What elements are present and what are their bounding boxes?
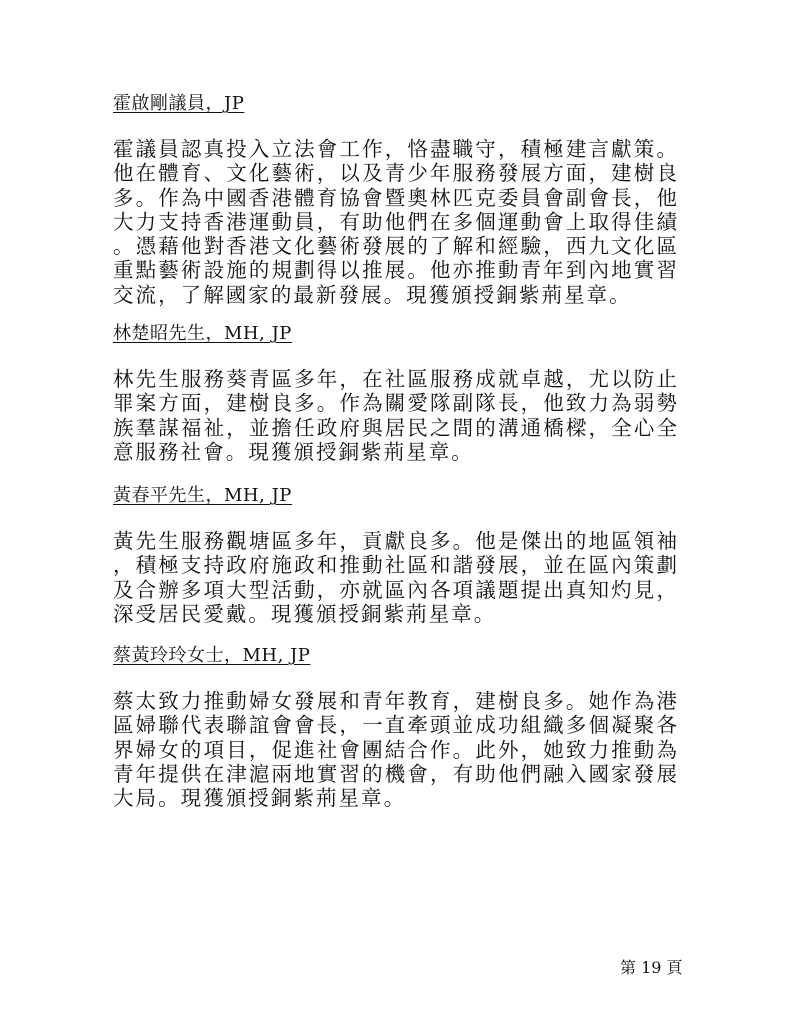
citation-paragraph: 黃先生服務觀塘區多年，貢獻良多。他是傑出的地區領袖，積極支持政府施政和推動社區和…: [113, 529, 679, 626]
citation-paragraph: 蔡太致力推動婦女發展和青年教育，建樹良多。她作為港區婦聯代表聯誼會會長，一直牽頭…: [113, 689, 679, 810]
citation-paragraph: 林先生服務葵青區多年，在社區服務成就卓越，尤以防止罪案方面，建樹良多。作為關愛隊…: [113, 367, 679, 464]
awardee-name-heading: 蔡黃玲玲女士，MH, JP: [113, 645, 679, 667]
document-page: 霍啟剛議員，JP 霍議員認真投入立法會工作，恪盡職守，積極建言獻策。他在體育、文…: [0, 0, 791, 1024]
awardee-section: 黃春平先生，MH, JP 黃先生服務觀塘區多年，貢獻良多。他是傑出的地區領袖，積…: [113, 485, 679, 626]
awardee-name-heading: 林楚昭先生，MH, JP: [113, 323, 679, 345]
awardee-name-heading: 黃春平先生，MH, JP: [113, 485, 679, 507]
awardee-section: 蔡黃玲玲女士，MH, JP 蔡太致力推動婦女發展和青年教育，建樹良多。她作為港區…: [113, 645, 679, 810]
citation-paragraph: 霍議員認真投入立法會工作，恪盡職守，積極建言獻策。他在體育、文化藝術，以及青少年…: [113, 137, 679, 307]
awardee-section: 林楚昭先生，MH, JP 林先生服務葵青區多年，在社區服務成就卓越，尤以防止罪案…: [113, 323, 679, 464]
awardee-name-heading: 霍啟剛議員，JP: [113, 93, 679, 115]
page-number: 第 19 頁: [620, 958, 683, 978]
awardee-section: 霍啟剛議員，JP 霍議員認真投入立法會工作，恪盡職守，積極建言獻策。他在體育、文…: [113, 93, 679, 307]
